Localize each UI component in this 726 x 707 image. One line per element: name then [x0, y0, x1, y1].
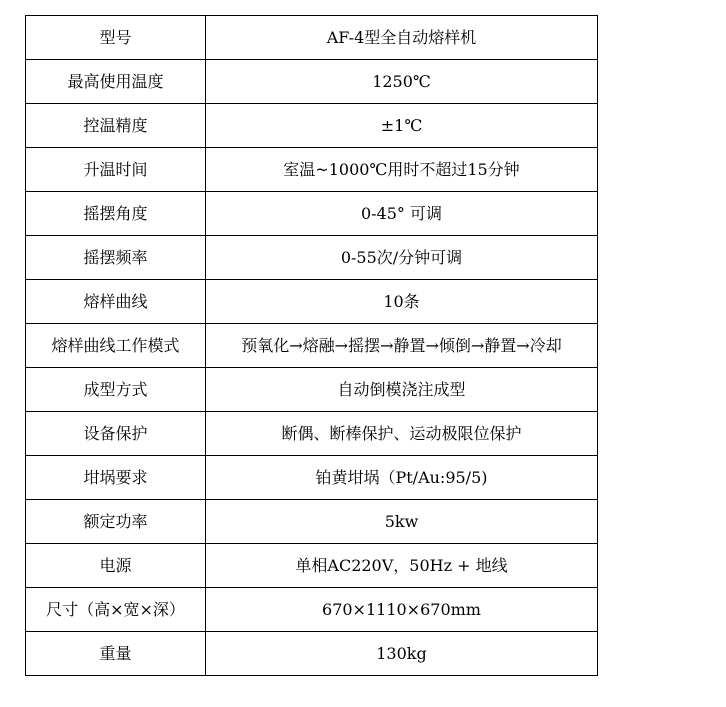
- table-row: 额定功率 5kw: [26, 500, 598, 544]
- spec-table: 型号 AF-4型全自动熔样机 最高使用温度 1250℃ 控温精度 ±1℃ 升温时…: [25, 15, 598, 676]
- table-row: 成型方式 自动倒模浇注成型: [26, 368, 598, 412]
- spec-label: 摇摆角度: [26, 192, 206, 236]
- spec-label: 摇摆频率: [26, 236, 206, 280]
- spec-value: AF-4型全自动熔样机: [206, 16, 598, 60]
- spec-value: 130kg: [206, 632, 598, 676]
- spec-label: 最高使用温度: [26, 60, 206, 104]
- spec-label: 坩埚要求: [26, 456, 206, 500]
- spec-value: 670×1110×670mm: [206, 588, 598, 632]
- table-row: 尺寸（高×宽×深） 670×1110×670mm: [26, 588, 598, 632]
- spec-value: 5kw: [206, 500, 598, 544]
- spec-value: ±1℃: [206, 104, 598, 148]
- spec-label: 电源: [26, 544, 206, 588]
- spec-value: 预氧化→熔融→摇摆→静置→倾倒→静置→冷却: [206, 324, 598, 368]
- table-row: 坩埚要求 铂黄坩埚（Pt/Au:95/5): [26, 456, 598, 500]
- spec-value: 铂黄坩埚（Pt/Au:95/5): [206, 456, 598, 500]
- table-row: 设备保护 断偶、断棒保护、运动极限位保护: [26, 412, 598, 456]
- table-row: 升温时间 室温~1000℃用时不超过15分钟: [26, 148, 598, 192]
- table-row: 摇摆角度 0-45° 可调: [26, 192, 598, 236]
- spec-label: 熔样曲线: [26, 280, 206, 324]
- spec-value: 1250℃: [206, 60, 598, 104]
- spec-label: 控温精度: [26, 104, 206, 148]
- spec-value: 断偶、断棒保护、运动极限位保护: [206, 412, 598, 456]
- spec-value: 自动倒模浇注成型: [206, 368, 598, 412]
- table-row: 型号 AF-4型全自动熔样机: [26, 16, 598, 60]
- table-row: 熔样曲线 10条: [26, 280, 598, 324]
- table-row: 熔样曲线工作模式 预氧化→熔融→摇摆→静置→倾倒→静置→冷却: [26, 324, 598, 368]
- table-row: 最高使用温度 1250℃: [26, 60, 598, 104]
- spec-value: 10条: [206, 280, 598, 324]
- table-row: 电源 单相AC220V，50Hz + 地线: [26, 544, 598, 588]
- spec-label: 型号: [26, 16, 206, 60]
- spec-label: 成型方式: [26, 368, 206, 412]
- spec-value: 室温~1000℃用时不超过15分钟: [206, 148, 598, 192]
- table-row: 控温精度 ±1℃: [26, 104, 598, 148]
- spec-label: 熔样曲线工作模式: [26, 324, 206, 368]
- table-row: 重量 130kg: [26, 632, 598, 676]
- spec-label: 升温时间: [26, 148, 206, 192]
- spec-value: 0-45° 可调: [206, 192, 598, 236]
- document-page: 型号 AF-4型全自动熔样机 最高使用温度 1250℃ 控温精度 ±1℃ 升温时…: [0, 0, 726, 707]
- spec-label: 尺寸（高×宽×深）: [26, 588, 206, 632]
- spec-label: 重量: [26, 632, 206, 676]
- spec-label: 设备保护: [26, 412, 206, 456]
- spec-value: 0-55次/分钟可调: [206, 236, 598, 280]
- table-row: 摇摆频率 0-55次/分钟可调: [26, 236, 598, 280]
- spec-value: 单相AC220V，50Hz + 地线: [206, 544, 598, 588]
- spec-label: 额定功率: [26, 500, 206, 544]
